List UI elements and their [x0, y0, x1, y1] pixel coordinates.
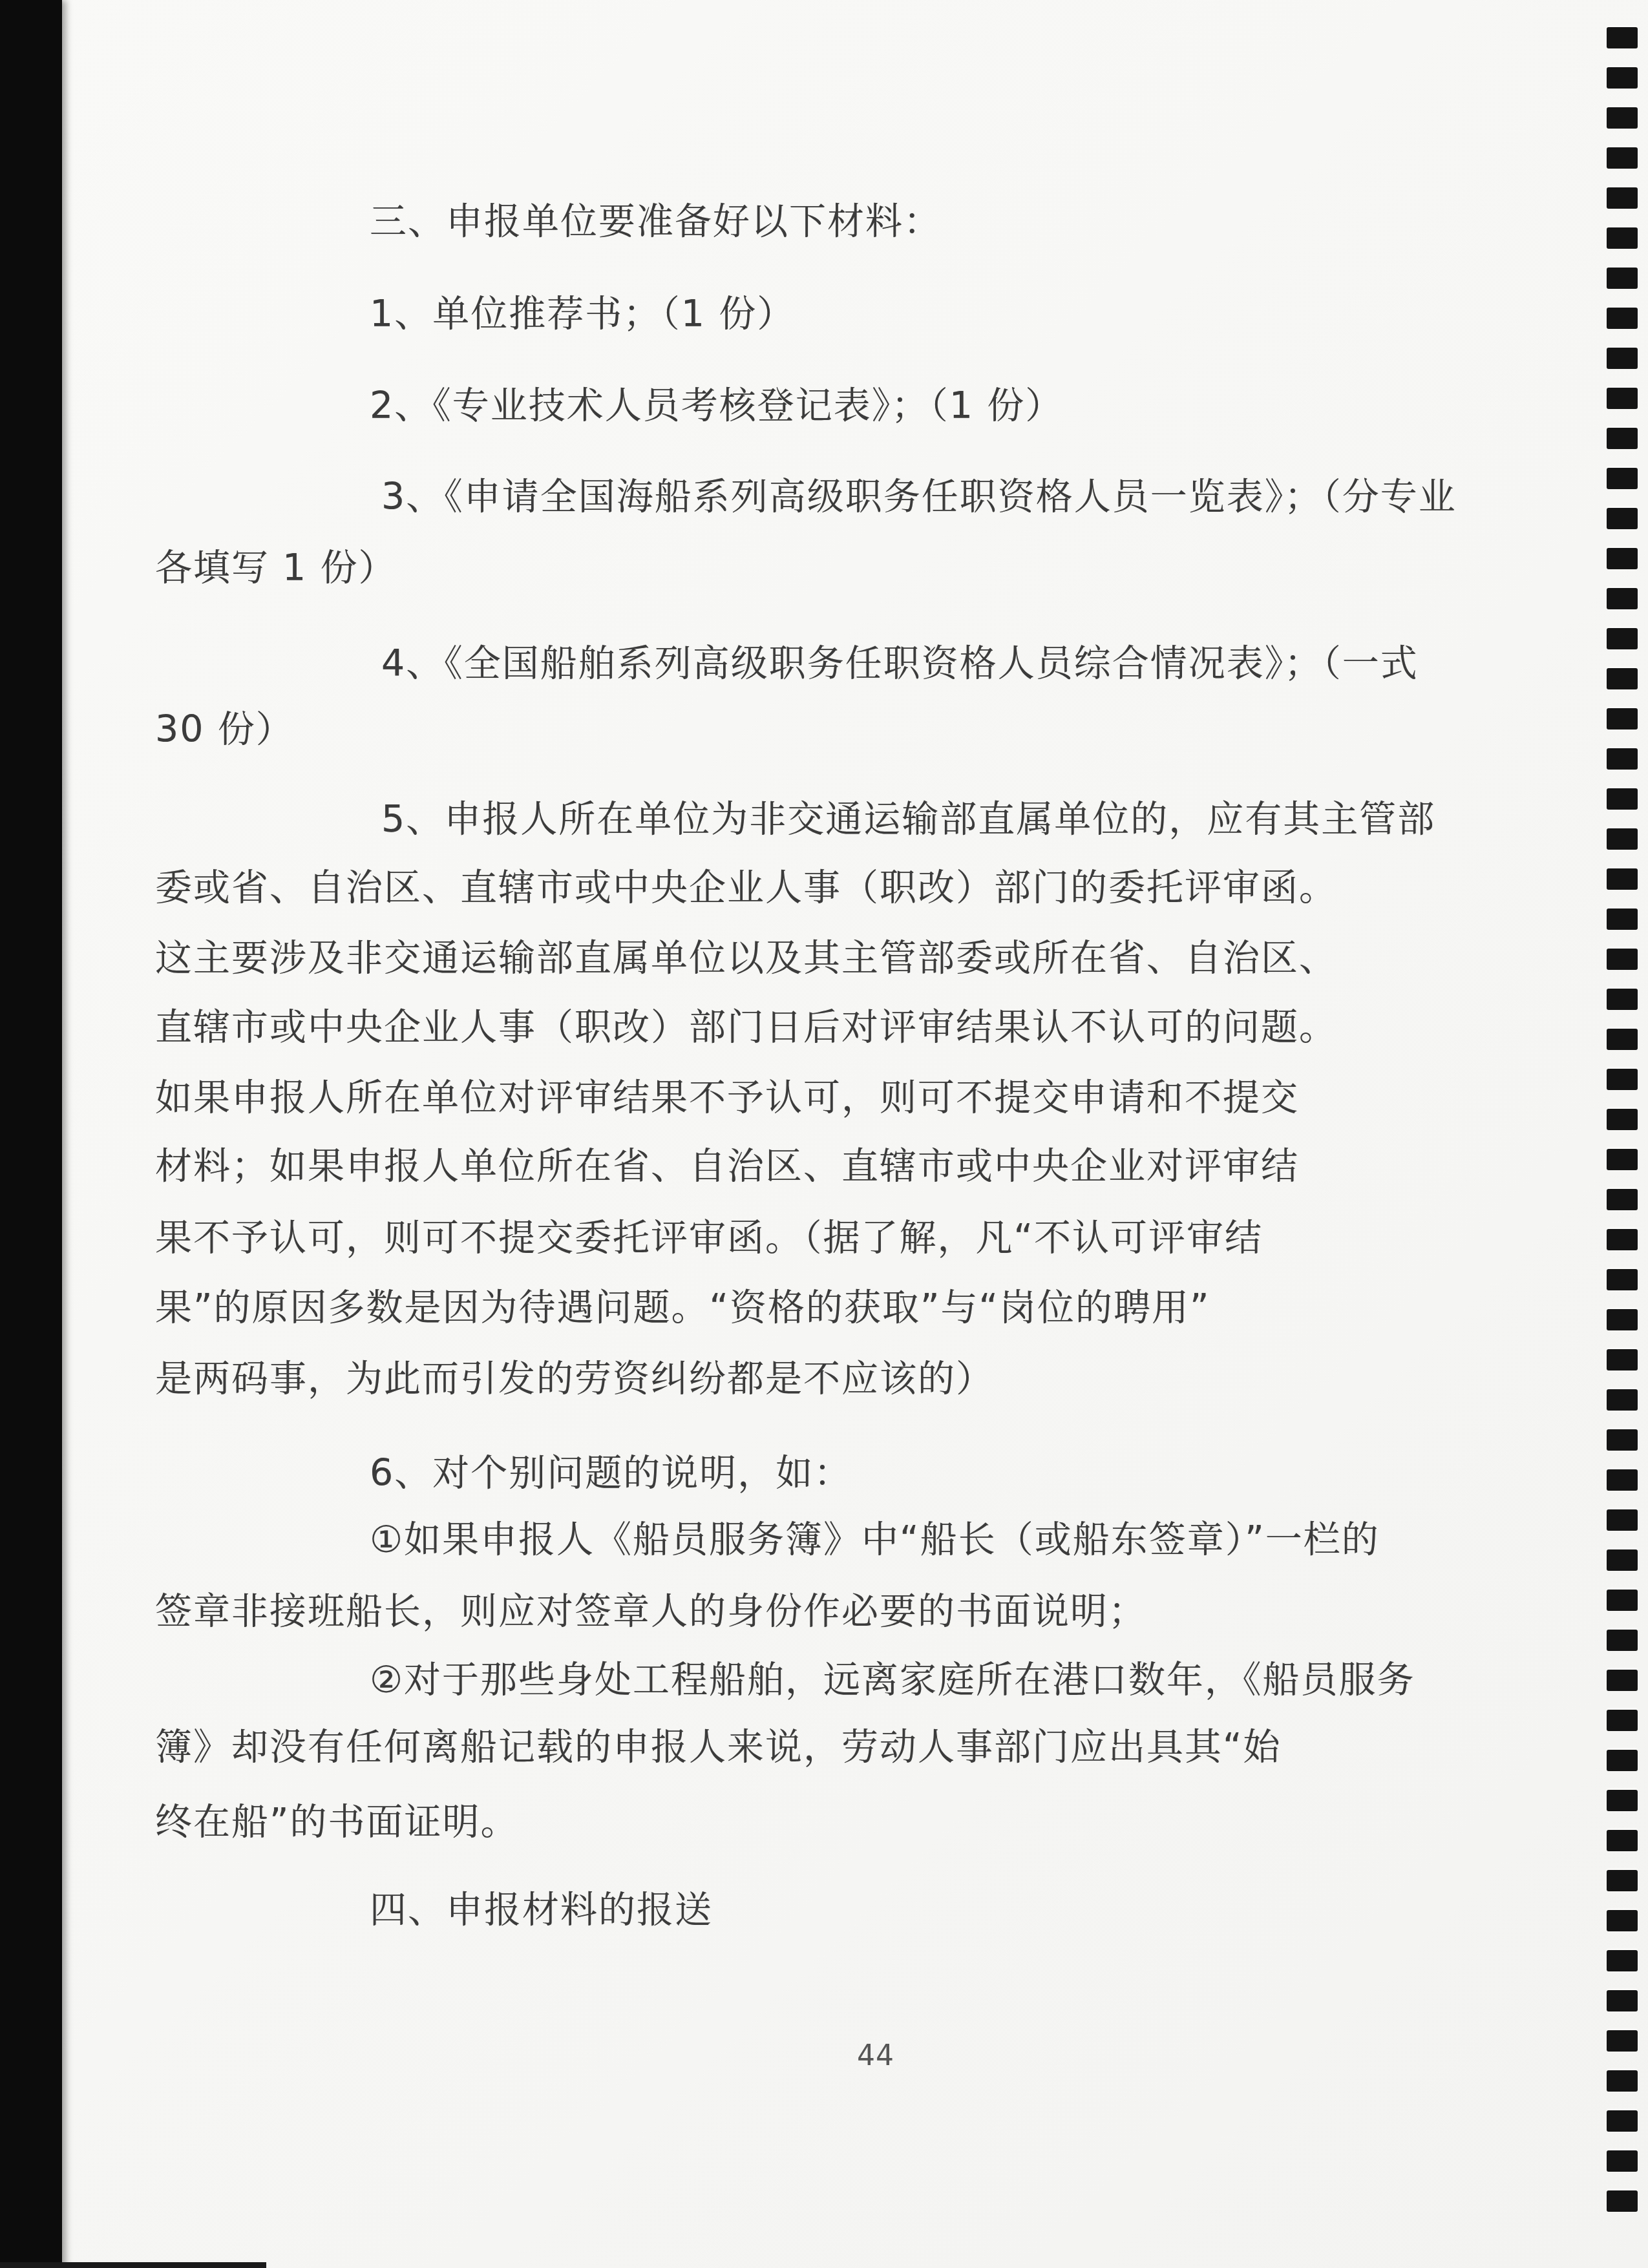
binding-hole	[1607, 308, 1638, 329]
binding-hole	[1607, 828, 1638, 850]
list-item-5-line-2: 委或省、自治区、直辖市或中央企业人事（职改）部门的委托评审函。	[155, 870, 1337, 907]
note-2-line-3: 终在船”的书面证明。	[155, 1804, 519, 1841]
binding-hole	[1607, 1189, 1638, 1210]
binding-hole	[1607, 1790, 1638, 1811]
binding-hole	[1607, 949, 1638, 970]
binding-hole	[1607, 1590, 1638, 1611]
binding-hole	[1607, 1429, 1638, 1451]
note-1-line-1: ①如果申报人《船员服务簿》中“船长（或船东签章）”一栏的	[370, 1522, 1380, 1559]
binding-hole	[1607, 2150, 1638, 2172]
binding-hole	[1607, 1229, 1638, 1250]
binding-hole	[1607, 1910, 1638, 1931]
binding-hole	[1607, 1349, 1638, 1370]
binding-hole	[1607, 908, 1638, 930]
binding-hole	[1607, 1830, 1638, 1851]
binding-hole	[1607, 227, 1638, 249]
binding-hole	[1607, 2190, 1638, 2212]
binding-hole	[1607, 1149, 1638, 1170]
list-item-5-line-8: 果”的原因多数是因为待遇问题。“资格的获取”与“岗位的聘用”	[155, 1290, 1210, 1327]
list-item-4-line-1: 4、《全国船舶系列高级职务任职资格人员综合情况表》；（一式	[381, 646, 1419, 682]
binding-hole	[1607, 1549, 1638, 1571]
binding-hole	[1607, 1950, 1638, 1971]
binding-hole	[1607, 388, 1638, 409]
binding-hole	[1607, 1630, 1638, 1651]
binding-hole	[1607, 588, 1638, 609]
note-1-line-2: 签章非接班船长，则应对签章人的身份作必要的书面说明；	[155, 1593, 1146, 1630]
list-item-5-line-1: 5、申报人所在单位为非交通运输部直属单位的，应有其主管部	[381, 801, 1435, 838]
list-item-3-line-2: 各填写 1 份）	[155, 550, 397, 587]
list-item-4-line-2: 30 份）	[155, 711, 294, 748]
list-item-5-line-3: 这主要涉及非交通运输部直属单位以及其主管部委或所在省、自治区、	[155, 940, 1337, 977]
scanned-document-page: 三、申报单位要准备好以下材料： 1、单位推荐书；（1 份） 2、《专业技术人员考…	[0, 0, 1648, 2268]
binding-hole	[1607, 1710, 1638, 1731]
binding-hole	[1607, 27, 1638, 48]
binding-hole	[1607, 1109, 1638, 1130]
binding-hole	[1607, 748, 1638, 770]
binding-hole	[1607, 187, 1638, 209]
binding-hole	[1607, 1990, 1638, 2011]
binding-hole	[1607, 1309, 1638, 1330]
binding-hole	[1607, 147, 1638, 169]
binding-hole	[1607, 708, 1638, 730]
binding-hole	[1607, 1509, 1638, 1531]
binding-hole	[1607, 1670, 1638, 1691]
list-item-5-line-4: 直辖市或中央企业人事（职改）部门日后对评审结果认不认可的问题。	[155, 1009, 1337, 1046]
note-2-line-2: 簿》却没有任何离船记载的申报人来说，劳动人事部门应出具其“始	[155, 1729, 1282, 1766]
list-item-1: 1、单位推荐书；（1 份）	[370, 296, 795, 333]
binding-hole	[1607, 268, 1638, 289]
binding-hole	[1607, 1870, 1638, 1891]
binding-hole	[1607, 628, 1638, 649]
binding-hole	[1607, 868, 1638, 890]
binding-hole	[1607, 2110, 1638, 2132]
binding-hole	[1607, 468, 1638, 489]
binding-hole	[1607, 548, 1638, 569]
list-item-2: 2、《专业技术人员考核登记表》；（1 份）	[370, 388, 1063, 425]
binding-hole	[1607, 1469, 1638, 1491]
binding-hole	[1607, 788, 1638, 810]
binding-hole	[1607, 668, 1638, 689]
binding-hole	[1607, 67, 1638, 89]
binding-hole	[1607, 508, 1638, 529]
binding-hole	[1607, 1750, 1638, 1771]
binding-holes	[0, 0, 1648, 2268]
binding-hole	[1607, 1069, 1638, 1090]
page-number: 44	[805, 2039, 947, 2072]
section3-heading: 三、申报单位要准备好以下材料：	[370, 204, 942, 240]
binding-hole	[1607, 2070, 1638, 2092]
list-item-3-line-1: 3、《申请全国海船系列高级职务任职资格人员一览表》；（分专业	[381, 479, 1457, 516]
binding-hole	[1607, 428, 1638, 449]
binding-hole	[1607, 107, 1638, 129]
section4-heading: 四、申报材料的报送	[370, 1892, 713, 1929]
binding-hole	[1607, 2030, 1638, 2052]
list-item-6-heading: 6、对个别问题的说明，如：	[370, 1455, 852, 1492]
binding-hole	[1607, 1269, 1638, 1290]
binding-hole	[1607, 989, 1638, 1010]
list-item-5-line-6: 材料；如果申报人单位所在省、自治区、直辖市或中央企业对评审结	[155, 1148, 1299, 1185]
binding-hole	[1607, 1029, 1638, 1050]
note-2-line-1: ②对于那些身处工程船舶，远离家庭所在港口数年，《船员服务	[370, 1662, 1415, 1699]
list-item-5-line-7: 果不予认可，则可不提交委托评审函。（据了解，凡“不认可评审结	[155, 1220, 1263, 1257]
binding-hole	[1607, 1389, 1638, 1411]
list-item-5-line-9: 是两码事，为此而引发的劳资纠纷都是不应该的）	[155, 1361, 994, 1398]
binding-hole	[1607, 348, 1638, 369]
list-item-5-line-5: 如果申报人所在单位对评审结果不予认可，则可不提交申请和不提交	[155, 1080, 1299, 1117]
